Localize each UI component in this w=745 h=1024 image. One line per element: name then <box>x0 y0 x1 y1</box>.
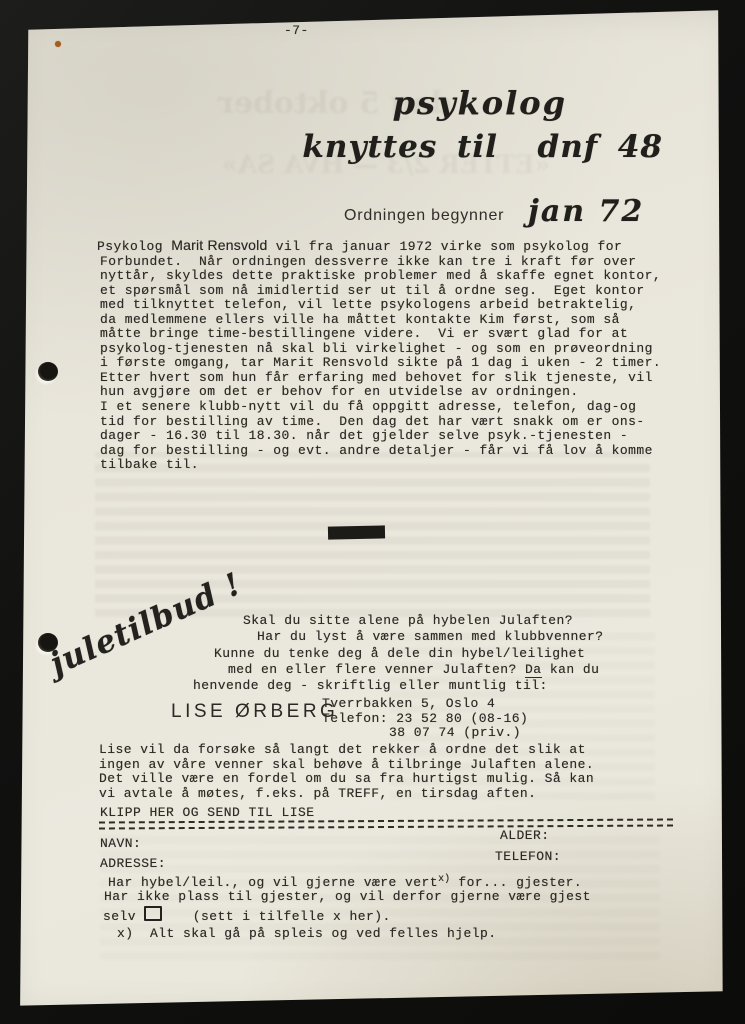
body-line: hun avgjøre om det er behov for en utvid… <box>100 385 661 400</box>
form-selv-line: selv (sett i tilfelle x her). <box>103 906 391 925</box>
body-text: vil fra januar 1972 virke som psykolog f… <box>267 239 622 254</box>
body-line: Forbundet. Når ordningen dessverre ikke … <box>100 255 661 270</box>
form-field-alder: ALDER: <box>500 829 550 844</box>
body-line: tilbake til. <box>100 458 653 473</box>
contact-phone-2: 38 07 74 (priv.) <box>389 726 521 741</box>
body-text: med en eller flere venner Julaften? <box>228 662 525 677</box>
headline-line1: psykolog <box>393 84 567 122</box>
underlined-word: Da <box>525 662 542 678</box>
body-text: Har hybel/leil., og vil gjerne være vert <box>108 875 438 890</box>
body-text: for... gjester. <box>450 875 582 890</box>
form-footnote: x) Alt skal gå på spleis og ved felles h… <box>117 927 497 942</box>
rust-stain <box>55 41 61 47</box>
body-line: psykolog-tjenesten nå skal bli virkeligh… <box>100 342 661 357</box>
form-guest-line: Har ikke plass til gjester, og vil derfo… <box>104 890 591 905</box>
body-line: dag for bestilling - og evt. andre detal… <box>100 444 653 459</box>
redaction-mark <box>328 525 385 539</box>
body-line: ingen av våre venner skal behøve å tilbr… <box>99 758 594 773</box>
julaften-line: henvende deg - skriftlig eller muntlig t… <box>193 679 548 694</box>
contact-name: LISE ØRBERG <box>171 701 338 723</box>
body-line: Lise vil da forsøke så langt det rekker … <box>99 743 594 758</box>
body-line: vi avtale å møtes, f.eks. på TREFF, en t… <box>99 787 594 802</box>
article-paragraph-2: I et senere klubb-nytt vil du få oppgitt… <box>100 400 653 473</box>
body-line: tid for bestilling av time. Den dag det … <box>100 415 653 430</box>
checkbox-icon <box>144 906 162 921</box>
body-line: med tilknyttet telefon, vil lette psykol… <box>100 298 661 313</box>
body-line: et spørsmål som nå imidlertid ser ut til… <box>100 284 661 299</box>
scanned-newsletter-page: dag 5 oktober «ETTER 2/3 — HVA SA» -7- p… <box>0 0 745 1024</box>
hole-punch-top <box>38 362 58 381</box>
body-text: Psykolog <box>97 239 171 254</box>
julaften-line: Har du lyst å være sammen med klubbvenne… <box>257 630 604 645</box>
form-field-telefon: TELEFON: <box>495 850 561 865</box>
body-text: kan du <box>542 662 600 677</box>
footnote-marker: x) <box>438 874 450 885</box>
article-paragraph-1: Psykolog Marit Rensvold vil fra januar 1… <box>97 238 658 400</box>
subhead-prefix: Ordningen begynner <box>344 207 504 225</box>
person-name: Marit Rensvold <box>171 237 267 253</box>
page-number: -7- <box>284 24 309 39</box>
body-line: nyttår, skyldes dette praktiske probleme… <box>100 269 661 284</box>
subhead-date: jan 72 <box>528 194 644 229</box>
form-field-navn: NAVN: <box>100 837 141 852</box>
form-field-adresse: ADRESSE: <box>100 857 166 872</box>
body-text: (sett i tilfelle x her). <box>193 909 391 924</box>
body-line: Psykolog Marit Rensvold vil fra januar 1… <box>97 238 658 255</box>
clip-here-label: KLIPP HER OG SEND TIL LISE <box>100 806 315 821</box>
body-text <box>168 909 193 924</box>
julaften-line: med en eller flere venner Julaften? Da k… <box>228 663 599 678</box>
body-line: Etter hvert som hun får erfaring med beh… <box>100 371 661 386</box>
julaften-line: Kunne du tenke deg å dele din hybel/leil… <box>214 647 585 662</box>
body-line: da medlemmene ellers ville ha måttet kon… <box>100 313 661 328</box>
form-host-line: Har hybel/leil., og vil gjerne være vert… <box>108 873 582 891</box>
julaften-line: Skal du sitte alene på hybelen Julaften? <box>243 614 573 629</box>
body-line: i første omgang, tar Marit Rensvold sikt… <box>100 356 661 371</box>
body-line: I et senere klubb-nytt vil du få oppgitt… <box>100 400 653 415</box>
body-line: måtte bringe time-bestillingene videre. … <box>100 327 661 342</box>
closing-paragraph: Lise vil da forsøke så langt det rekker … <box>99 743 594 801</box>
body-line: Det ville være en fordel om du sa fra hu… <box>99 772 594 787</box>
body-text: selv <box>103 909 136 924</box>
headline-line2: knyttes til dnf 48 <box>302 129 663 165</box>
body-line: dager - 16.30 til 18.30. når det gjelder… <box>100 429 653 444</box>
contact-address: Tverrbakken 5, Oslo 4 <box>322 697 495 712</box>
